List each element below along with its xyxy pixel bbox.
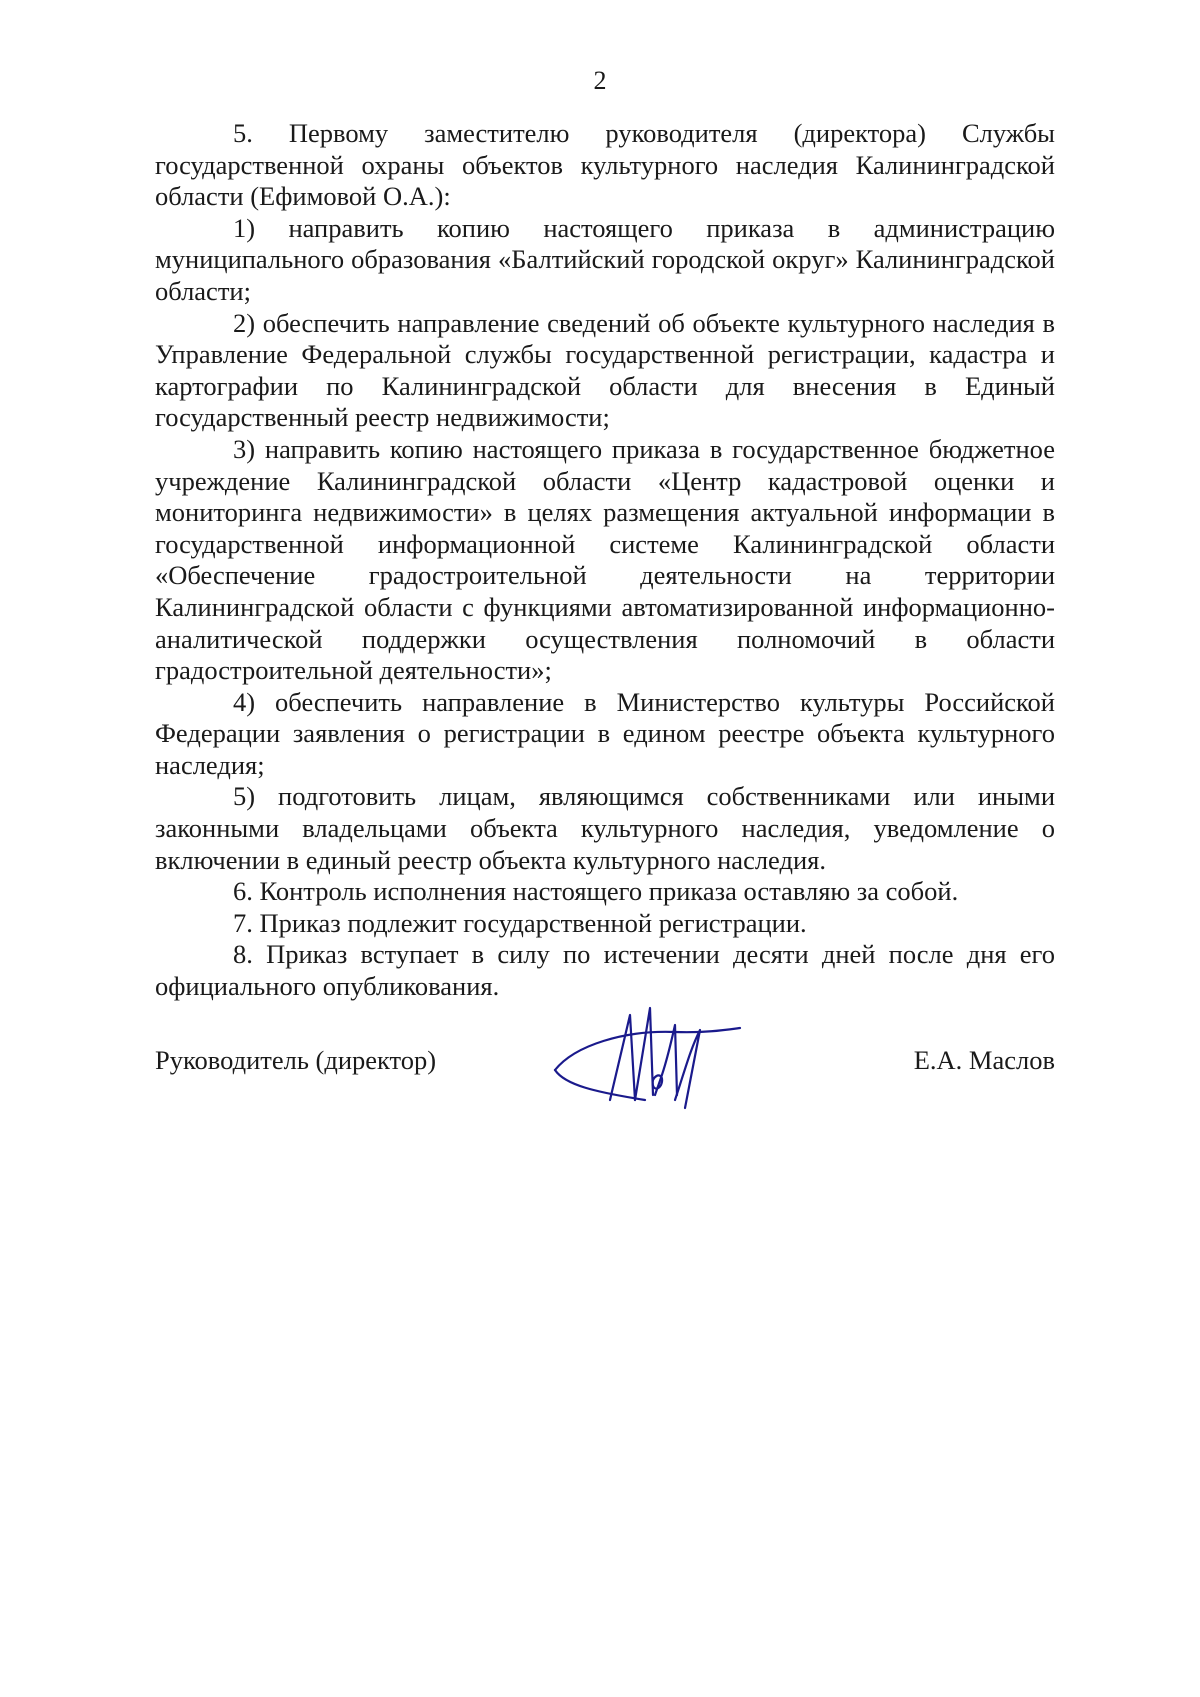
- signatory-name: Е.А. Маслов: [914, 1045, 1055, 1076]
- paragraph-item-6: 6. Контроль исполнения настоящего приказ…: [155, 876, 1055, 908]
- paragraph-subitem-5: 5) подготовить лицам, являющимся собстве…: [155, 781, 1055, 876]
- paragraph-subitem-1: 1) направить копию настоящего приказа в …: [155, 213, 1055, 308]
- paragraph-subitem-4: 4) обеспечить направление в Министерство…: [155, 687, 1055, 782]
- paragraph-item-8: 8. Приказ вступает в силу по истечении д…: [155, 939, 1055, 1002]
- signature-block: Руководитель (директор) Е.А. Маслов: [155, 1015, 1055, 1135]
- paragraph-item-5: 5. Первому заместителю руководителя (дир…: [155, 118, 1055, 213]
- signatory-title: Руководитель (директор): [155, 1045, 436, 1076]
- paragraph-subitem-2: 2) обеспечить направление сведений об об…: [155, 308, 1055, 434]
- document-body: 5. Первому заместителю руководителя (дир…: [155, 118, 1055, 1003]
- paragraph-item-7: 7. Приказ подлежит государственной регис…: [155, 908, 1055, 940]
- handwritten-signature-icon: [535, 1000, 795, 1120]
- page-number: 2: [0, 66, 1200, 96]
- paragraph-subitem-3: 3) направить копию настоящего приказа в …: [155, 434, 1055, 687]
